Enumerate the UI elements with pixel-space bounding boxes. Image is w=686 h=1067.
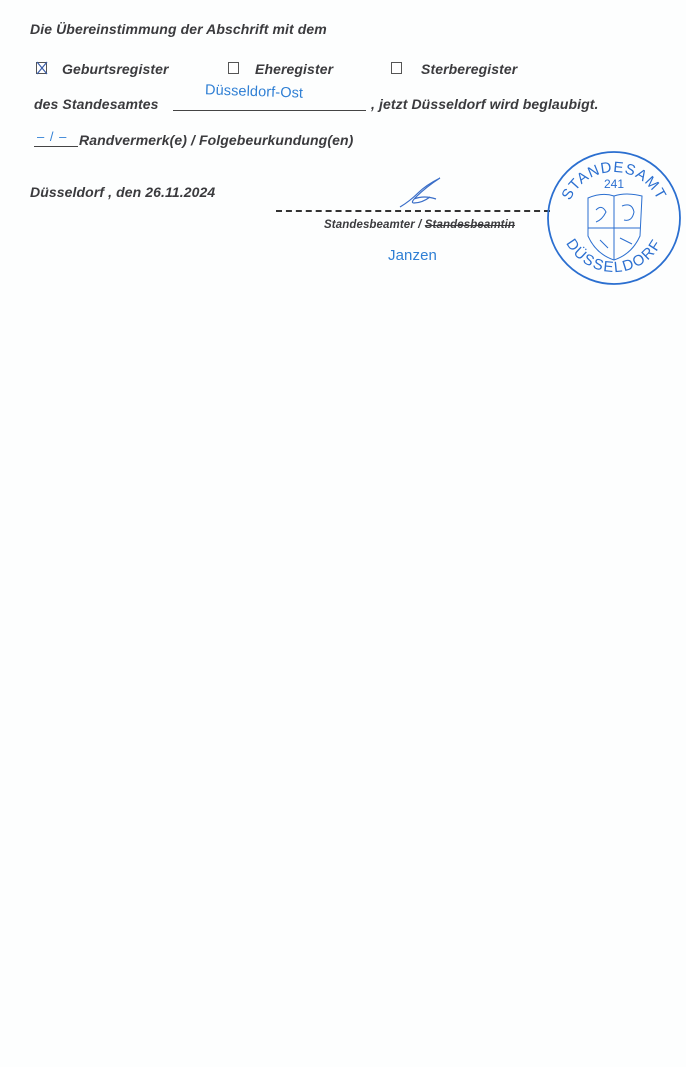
annotations-handwritten-value: – / – xyxy=(37,129,67,144)
label-death-register: Sterberegister xyxy=(421,61,517,77)
label-birth-register: Geburtsregister xyxy=(62,61,169,77)
label-marriage-register: Eheregister xyxy=(255,61,333,77)
office-field-line xyxy=(173,110,366,111)
checkmark-x-icon xyxy=(35,60,49,76)
signer-title-main: Standesbeamter / xyxy=(324,219,425,231)
signer-name: Janzen xyxy=(388,247,437,264)
certification-heading: Die Übereinstimmung der Abschrift mit de… xyxy=(30,21,327,37)
signature-icon xyxy=(396,175,456,211)
checkbox-marriage-register[interactable] xyxy=(228,62,239,74)
official-stamp: STANDESAMT 241 DÜSSELDORF xyxy=(544,150,684,290)
office-handwritten-value: Düsseldorf-Ost xyxy=(205,82,304,101)
annotations-label: Randvermerk(e) / Folgebeurkundung(en) xyxy=(79,132,353,148)
place-date: Düsseldorf , den 26.11.2024 xyxy=(30,184,215,200)
office-prefix: des Standesamtes xyxy=(34,96,159,112)
annotations-field-line xyxy=(34,146,78,147)
checkbox-birth-register[interactable] xyxy=(36,62,47,74)
signature-line xyxy=(276,210,550,212)
coat-of-arms-icon xyxy=(588,194,642,260)
checkbox-death-register[interactable] xyxy=(391,62,402,74)
stamp-number: 241 xyxy=(604,177,624,191)
signer-title-struck: Standesbeamtin xyxy=(425,219,515,231)
office-suffix: , jetzt Düsseldorf wird beglaubigt. xyxy=(371,96,599,112)
signer-title: Standesbeamter / Standesbeamtin xyxy=(324,219,515,231)
